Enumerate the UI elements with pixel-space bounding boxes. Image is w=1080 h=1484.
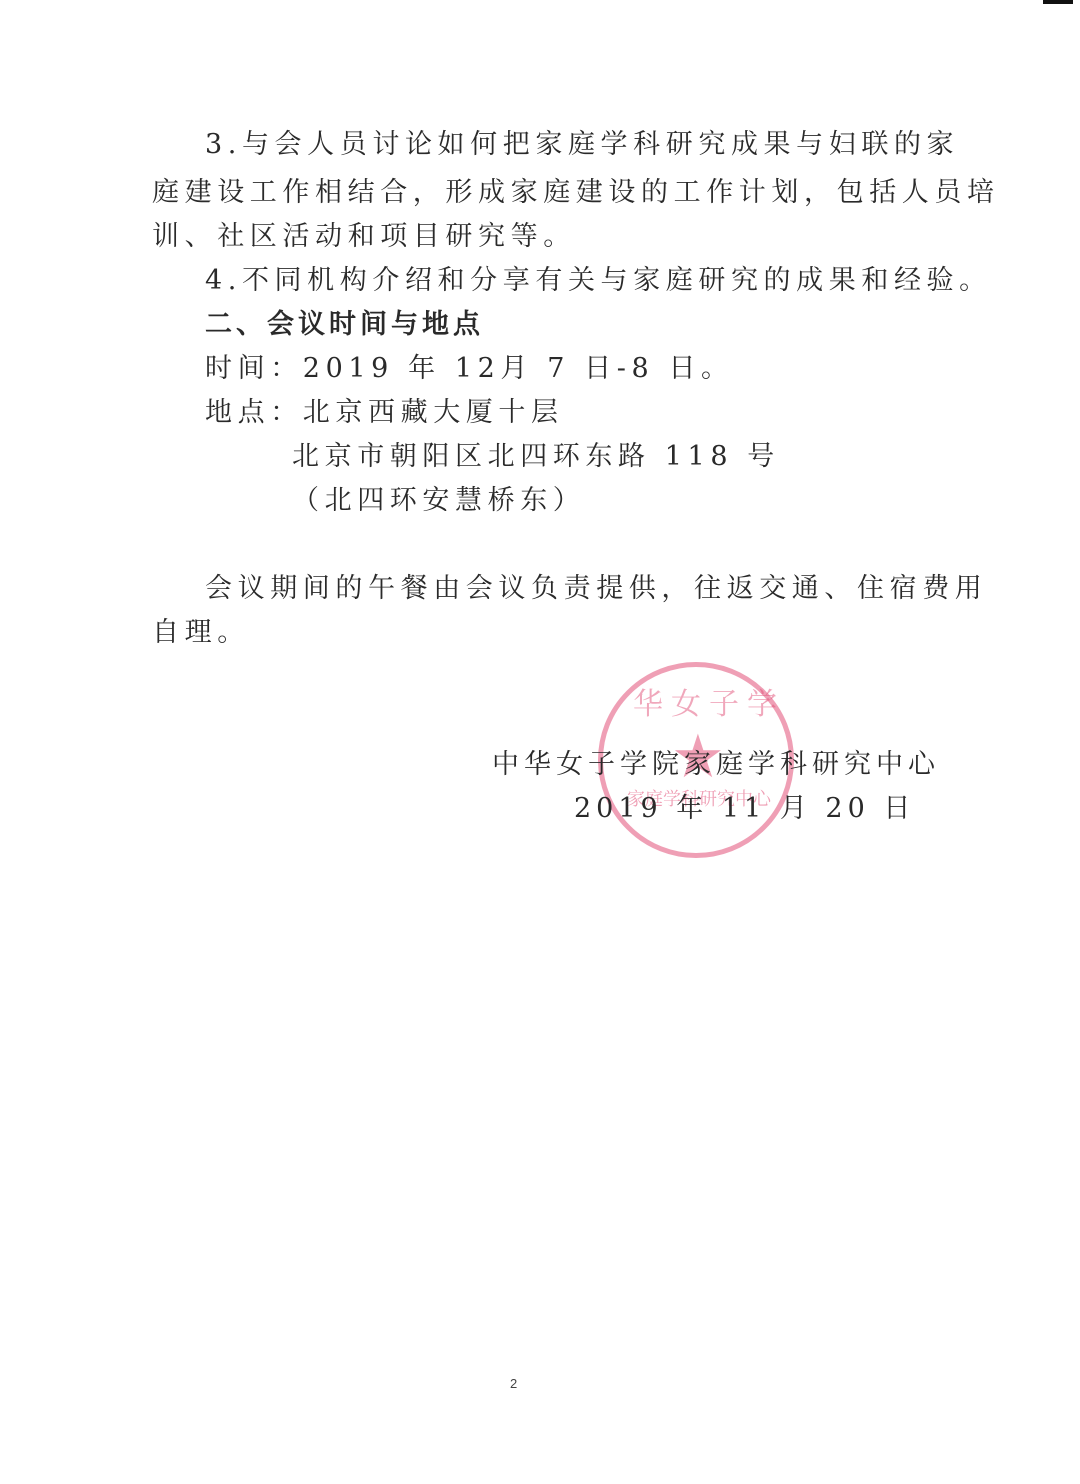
page-number: 2 (510, 1376, 517, 1391)
item3-line3: 训、社区活动和项目研究等。 (152, 220, 576, 254)
meeting-landmark: （北四环安慧桥东） (292, 484, 585, 518)
meeting-place: 地点：北京西藏大厦十层 (205, 396, 564, 430)
item3-line1: 3.与会人员讨论如何把家庭学科研究成果与妇联的家 (205, 128, 959, 162)
item3-line2: 庭建设工作相结合，形成家庭建设的工作计划，包括人员培 (152, 176, 1000, 210)
item4-line: 4.不同机构介绍和分享有关与家庭研究的成果和经验。 (205, 264, 992, 298)
note-line1: 会议期间的午餐由会议负责提供，往返交通、住宿费用 (205, 572, 987, 606)
seal-top-text: 华女子学 (633, 679, 785, 723)
section-heading: 二、会议时间与地点 (205, 308, 484, 342)
meeting-address: 北京市朝阳区北四环东路 118 号 (292, 440, 780, 474)
meeting-time: 时间：2019 年 12月 7 日-8 日。 (205, 352, 734, 386)
signature-organization: 中华女子学院家庭学科研究中心 (492, 748, 940, 782)
signature-date: 2019 年 11 月 20 日 (574, 792, 915, 826)
note-line2: 自理。 (152, 616, 250, 650)
scan-corner-mark (1043, 0, 1073, 4)
